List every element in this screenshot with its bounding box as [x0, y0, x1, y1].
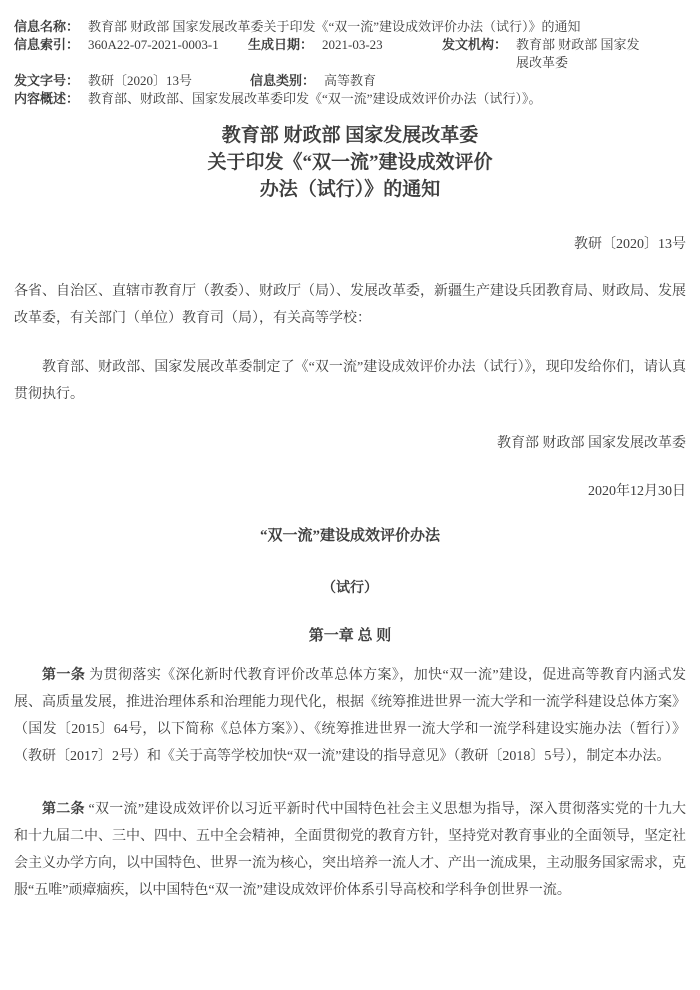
- meta-label-summary: 内容概述：: [14, 90, 88, 108]
- meta-value-doc-no: 教研〔2020〕13号: [88, 72, 250, 90]
- article-2-text: “双一流”建设成效评价以习近平新时代中国特色社会主义思想为指导，深入贯彻落实党的…: [14, 802, 686, 898]
- meta-label-gen-date: 生成日期：: [248, 36, 322, 54]
- meta-label-category: 信息类别：: [250, 72, 324, 90]
- meta-label-info-name: 信息名称：: [14, 18, 88, 36]
- title-line-1: 教育部 财政部 国家发展改革委: [14, 122, 686, 149]
- meta-row-name: 信息名称： 教育部 财政部 国家发展改革委关于印发《“双一流”建设成效评价办法（…: [14, 18, 686, 36]
- meta-value-gen-date: 2021-03-23: [322, 36, 442, 54]
- body-paragraph: 教育部、财政部、国家发展改革委制定了《“双一流”建设成效评价办法（试行）》，现印…: [14, 354, 686, 408]
- meta-label-doc-no: 发文字号：: [14, 72, 88, 90]
- title-line-2: 关于印发《“双一流”建设成效评价: [14, 149, 686, 176]
- measures-trial-label: （试行）: [14, 575, 686, 602]
- document-number: 教研〔2020〕13号: [14, 231, 686, 258]
- article-1: 第一条 为贯彻落实《深化新时代教育评价改革总体方案》，加快“双一流”建设，促进高…: [14, 662, 686, 770]
- meta-value-info-name: 教育部 财政部 国家发展改革委关于印发《“双一流”建设成效评价办法（试行）》的通…: [88, 18, 581, 36]
- meta-label-issuer: 发文机构：: [442, 36, 516, 54]
- meta-label-info-index: 信息索引：: [14, 36, 88, 54]
- document-page: 信息名称： 教育部 财政部 国家发展改革委关于印发《“双一流”建设成效评价办法（…: [0, 0, 700, 990]
- meta-header: 信息名称： 教育部 财政部 国家发展改革委关于印发《“双一流”建设成效评价办法（…: [14, 18, 686, 108]
- article-1-label: 第一条: [42, 668, 85, 683]
- document-body: 教育部 财政部 国家发展改革委 关于印发《“双一流”建设成效评价 办法（试行）》…: [14, 122, 686, 904]
- chapter-1-heading: 第一章 总 则: [14, 623, 686, 650]
- document-title: 教育部 财政部 国家发展改革委 关于印发《“双一流”建设成效评价 办法（试行）》…: [14, 122, 686, 203]
- meta-value-summary: 教育部、财政部、国家发展改革委印发《“双一流”建设成效评价办法（试行）》。: [88, 90, 542, 108]
- signature-issuers: 教育部 财政部 国家发展改革委: [14, 430, 686, 457]
- meta-row-summary: 内容概述： 教育部、财政部、国家发展改革委印发《“双一流”建设成效评价办法（试行…: [14, 90, 686, 108]
- meta-value-category: 高等教育: [324, 72, 376, 90]
- article-1-text: 为贯彻落实《深化新时代教育评价改革总体方案》，加快“双一流”建设，促进高等教育内…: [14, 668, 686, 764]
- title-line-3: 办法（试行）》的通知: [14, 176, 686, 203]
- signature-date: 2020年12月30日: [14, 478, 686, 505]
- salutation: 各省、自治区、直辖市教育厅（教委）、财政厅（局）、发展改革委，新疆生产建设兵团教…: [14, 278, 686, 332]
- meta-value-issuer: 教育部 财政部 国家发展改革委: [516, 36, 646, 72]
- article-2-label: 第二条: [42, 802, 85, 817]
- meta-row-docno-category: 发文字号： 教研〔2020〕13号 信息类别： 高等教育: [14, 72, 686, 90]
- meta-value-info-index: 360A22-07-2021-0003-1: [88, 36, 248, 54]
- article-2: 第二条 “双一流”建设成效评价以习近平新时代中国特色社会主义思想为指导，深入贯彻…: [14, 796, 686, 904]
- meta-row-index-date-issuer: 信息索引： 360A22-07-2021-0003-1 生成日期： 2021-0…: [14, 36, 686, 72]
- measures-title: “双一流”建设成效评价办法: [14, 523, 686, 550]
